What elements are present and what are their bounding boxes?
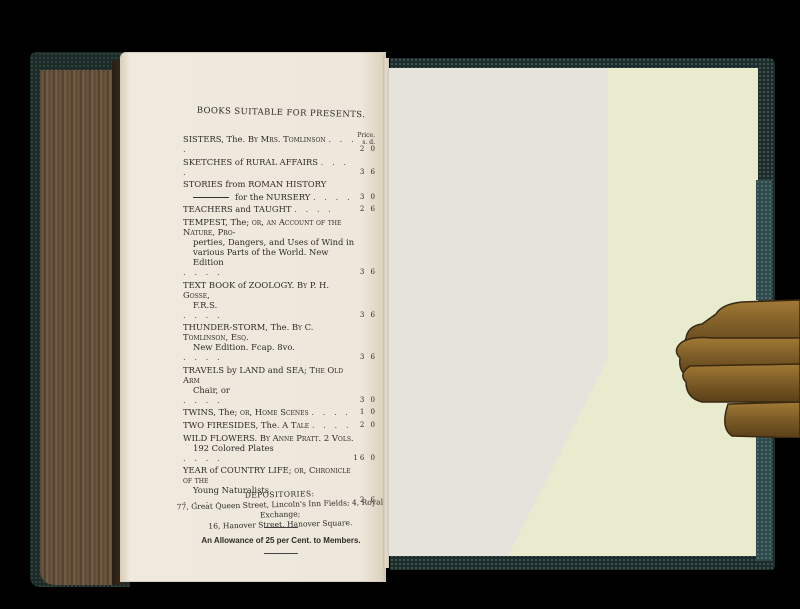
book-title: WILD FLOWERS. [183, 433, 257, 443]
book-title: STORIES from ROMAN HISTORY [183, 179, 326, 189]
book-entry: TEACHERS and TAUGHT . . . .2 6 [183, 204, 379, 214]
cover-strap [756, 436, 772, 561]
book-entry: TEXT BOOK of ZOOLOGY. By P. H. Gosse,F.R… [183, 280, 379, 320]
catalogue-content: BOOKS SUITABLE FOR PRESENTS. Price. s. d… [183, 108, 379, 554]
book-entry: TWO FIRESIDES, The. A Tale . . . .2 0 [183, 420, 379, 430]
ditto-dash [193, 197, 229, 198]
page-fore-edge [40, 70, 122, 585]
book-title: TRAVELS by LAND and SEA; [183, 365, 307, 375]
book-price: 1 0 [360, 407, 377, 417]
book-description: perties, Dangers, and Uses of Wind in va… [183, 237, 357, 267]
book-author: By Mrs. Tomlinson [248, 134, 326, 144]
book-entry: STORIES from ROMAN HISTORY [183, 179, 379, 189]
book-price: 3 6 [360, 167, 377, 177]
book-title: YEAR of COUNTRY LIFE; [183, 465, 292, 475]
leader-dots: . . . . [183, 267, 223, 277]
leader-dots: . . . . [183, 310, 223, 320]
book-entry: SISTERS, The. By Mrs. Tomlinson . . . .2… [183, 134, 379, 154]
book-description: 192 Colored Plates [183, 443, 357, 453]
book-price: 2 0 [360, 144, 377, 154]
book-title: TWINS, The; [183, 407, 237, 417]
book-list: SISTERS, The. By Mrs. Tomlinson . . . .2… [183, 134, 379, 505]
book-title: THUNDER-STORM, The. [183, 322, 289, 332]
leader-dots: . . . . [311, 407, 351, 417]
book-author: A Tale [282, 420, 309, 430]
book-title: SISTERS, The. [183, 134, 245, 144]
book-photo: BOOKS SUITABLE FOR PRESENTS. Price. s. d… [0, 0, 800, 609]
book-description: New Edition. Fcap. 8vo. [183, 342, 357, 352]
book-price: 3 0 [360, 192, 377, 202]
book-price: 3 6 [360, 310, 377, 320]
divider-rule [264, 553, 298, 554]
book-title: for the NURSERY [235, 192, 310, 202]
depositories-block: DEPOSITORIES: 77, Great Queen Street, Li… [175, 487, 386, 532]
book-title: SKETCHES of RURAL AFFAIRS [183, 157, 318, 167]
cover-strap [756, 180, 772, 300]
book-title: TWO FIRESIDES, The. [183, 420, 280, 430]
brass-hand-icon [672, 298, 800, 438]
leader-dots: . . . . [294, 204, 334, 214]
book-title: TEXT BOOK of ZOOLOGY. [183, 280, 294, 290]
book-price: 16 0 [353, 453, 377, 463]
book-entry: WILD FLOWERS. By Anne Pratt. 2 Vols.192 … [183, 433, 379, 463]
book-price: 3 6 [360, 267, 377, 277]
leader-dots: . . . . [183, 395, 223, 405]
book-description: Chair, or [183, 385, 357, 395]
book-entry: TRAVELS by LAND and SEA; The Old ArmChai… [183, 365, 379, 405]
page-heading: BOOKS SUITABLE FOR PRESENTS. [183, 105, 379, 120]
leader-dots: . . . . [183, 453, 223, 463]
book-description: F.R.S. [183, 300, 357, 310]
leader-dots: . . . . [312, 420, 352, 430]
book-author: or, Home Scenes [240, 407, 309, 417]
book-entry: THUNDER-STORM, The. By C. Tomlinson, Esq… [183, 322, 379, 362]
allowance-note: An Allowance of 25 per Cent. to Members. [183, 536, 379, 545]
leader-dots: . . . . [313, 192, 353, 202]
book-title: TEACHERS and TAUGHT [183, 204, 292, 214]
leader-dots: . . . . [183, 352, 223, 362]
book-entry: TWINS, The; or, Home Scenes . . . .1 0 [183, 407, 379, 417]
book-entry: TEMPEST, The; or, an Account of the Natu… [183, 217, 379, 277]
book-author: By Anne Pratt. 2 Vols. [260, 433, 354, 443]
book-title: TEMPEST, The; [183, 217, 249, 227]
book-price: 2 0 [360, 420, 377, 430]
book-price: 3 6 [360, 352, 377, 362]
book-entry: SKETCHES of RURAL AFFAIRS . . . .3 6 [183, 157, 379, 177]
book-price: 3 0 [360, 395, 377, 405]
book-price: 2 6 [360, 204, 377, 214]
book-entry: for the NURSERY . . . .3 0 [183, 192, 379, 202]
